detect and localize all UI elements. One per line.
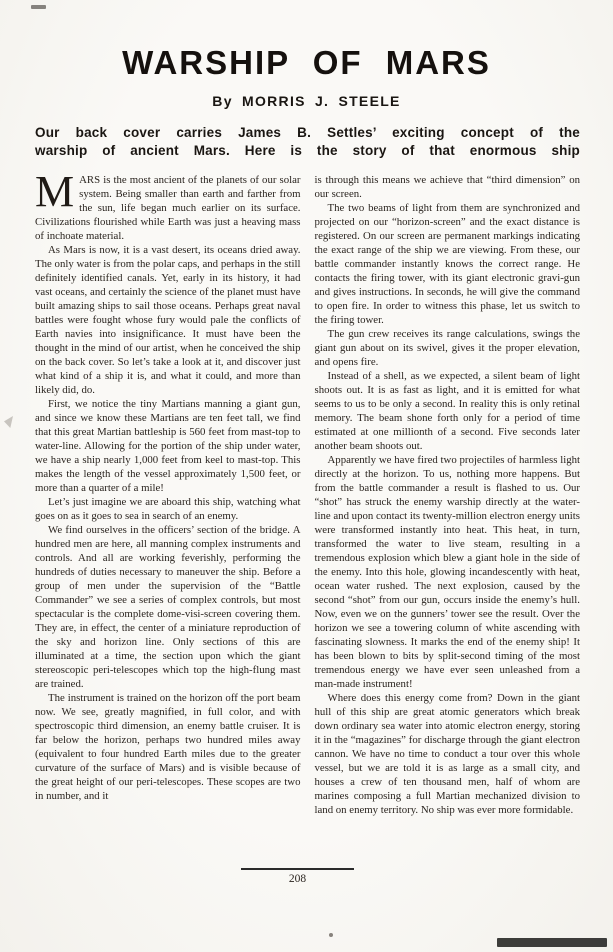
magazine-page: WARSHIP OF MARS By MORRIS J. STEELE Our … (0, 0, 613, 952)
paragraph: The two beams of light from them are syn… (315, 201, 581, 327)
standfirst-line: warship of ancient Mars. Here is the sto… (35, 142, 580, 160)
paragraph: As Mars is now, it is a vast desert, its… (35, 243, 301, 397)
footer-rule (241, 868, 354, 870)
left-column: MARS is the most ancient of the planets … (35, 173, 301, 867)
article-standfirst: Our back cover carries James B. Settles’… (35, 124, 580, 159)
drop-cap: M (35, 173, 79, 209)
article-title: WARSHIP OF MARS (0, 44, 613, 82)
paragraph: The gun crew receives its range calculat… (315, 327, 581, 369)
scan-artifact-left-margin (4, 416, 13, 428)
scan-artifact-top-left (31, 5, 46, 9)
scan-artifact-speck (329, 933, 333, 937)
paragraph: The instrument is trained on the horizon… (35, 691, 301, 803)
article-body: MARS is the most ancient of the planets … (35, 173, 580, 867)
paragraph: is through this means we achieve that “t… (315, 173, 581, 201)
paragraph: First, we notice the tiny Martians manni… (35, 397, 301, 495)
paragraph: MARS is the most ancient of the planets … (35, 173, 301, 243)
article-header: WARSHIP OF MARS By MORRIS J. STEELE Our … (0, 0, 613, 159)
scan-artifact-bottom-bar (497, 938, 607, 947)
article-byline: By MORRIS J. STEELE (0, 93, 613, 109)
paragraph: Apparently we have fired two projectiles… (315, 453, 581, 691)
paragraph: We find ourselves in the officers’ secti… (35, 523, 301, 691)
page-number: 208 (241, 873, 354, 885)
right-column: is through this means we achieve that “t… (315, 173, 581, 867)
paragraph: Where does this energy come from? Down i… (315, 691, 581, 817)
standfirst-line: Our back cover carries James B. Settles’… (35, 124, 580, 142)
paragraph: Instead of a shell, as we expected, a si… (315, 369, 581, 453)
paragraph: Let’s just imagine we are aboard this sh… (35, 495, 301, 523)
